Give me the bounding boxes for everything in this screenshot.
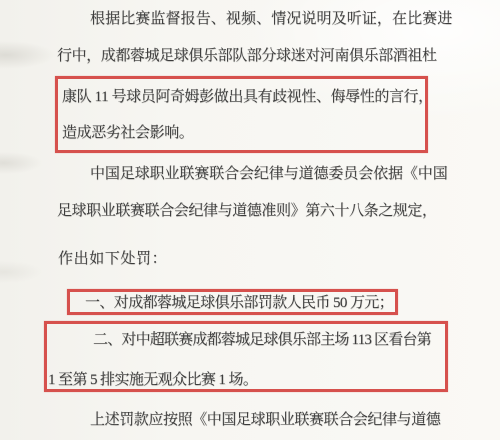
doc-line-violation-1: 康队 11 号球员阿奇姆彭做出具有歧视性、侮辱性的言行， [62,87,433,107]
doc-line-violation-2: 造成恶劣社会影响。 [62,123,193,143]
doc-line-penalty-2a: 二、对中超联赛成都蓉城足球俱乐部主场 113 区看台第 [93,330,431,350]
doc-line-penalty-1: 一、对成都蓉城足球俱乐部罚款人民币 50 万元； [85,293,393,313]
doc-line-penalty-2b: 1 至第 5 排实施无观众比赛 1 场。 [48,370,257,390]
doc-line-regulation-1: 中国足球职业联赛联合会纪律与道德委员会依据《中国 [90,164,448,184]
doc-line-regulation-3: 作出如下处罚： [58,249,167,269]
doc-line-regulation-2: 足球职业联赛联合会纪律与道德准则》第六十八条之规定， [57,201,437,221]
doc-line-basis-1: 根据比赛监督报告、视频、情况说明及听证，在比赛进 [90,9,452,29]
document-page: 根据比赛监督报告、视频、情况说明及听证，在比赛进 行中，成都蓉城足球俱乐部队部分… [0,0,500,440]
doc-line-payment-note: 上述罚款应按照《中国足球职业联赛联合会纪律与道德 [90,410,440,430]
doc-line-basis-2: 行中，成都蓉城足球俱乐部队部分球迷对河南俱乐部酒祖杜 [57,46,437,66]
